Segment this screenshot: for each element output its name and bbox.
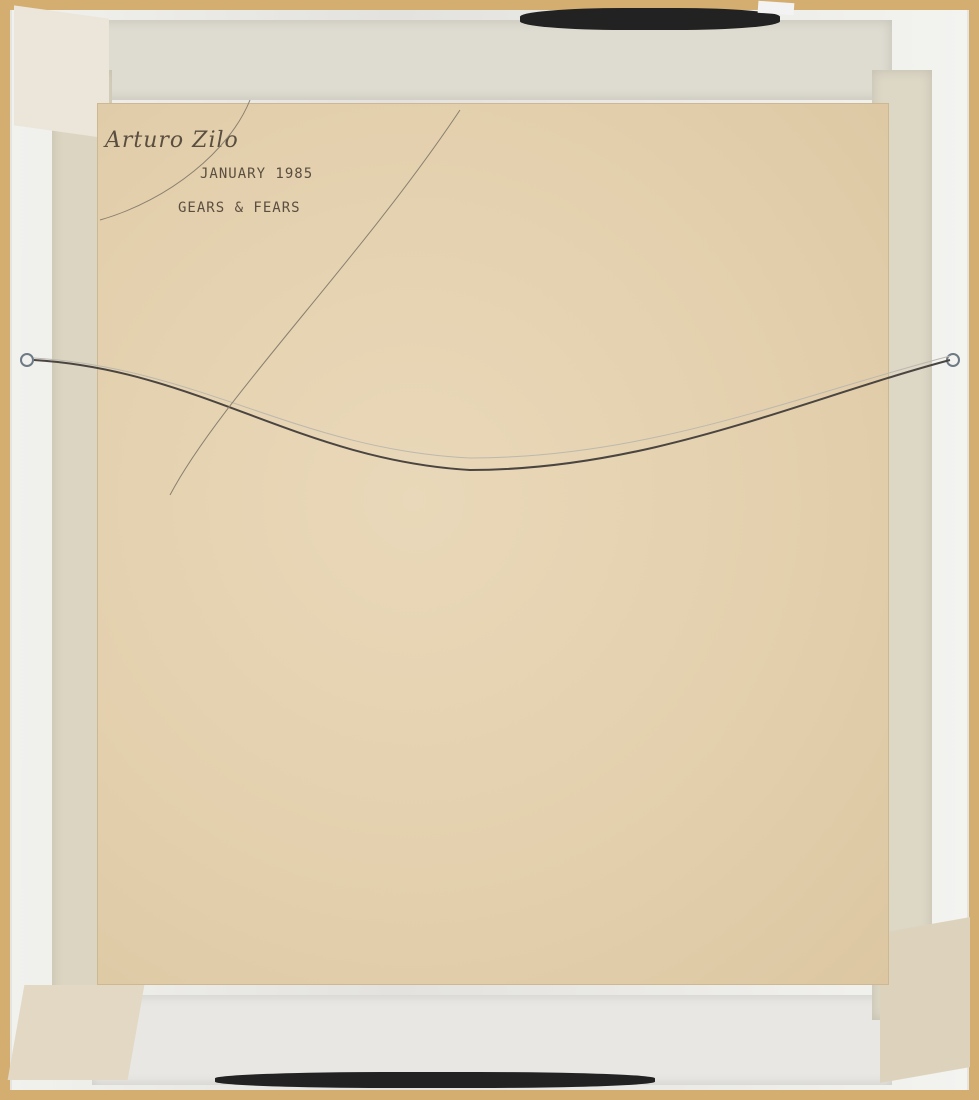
hanging-wire (0, 0, 979, 1100)
